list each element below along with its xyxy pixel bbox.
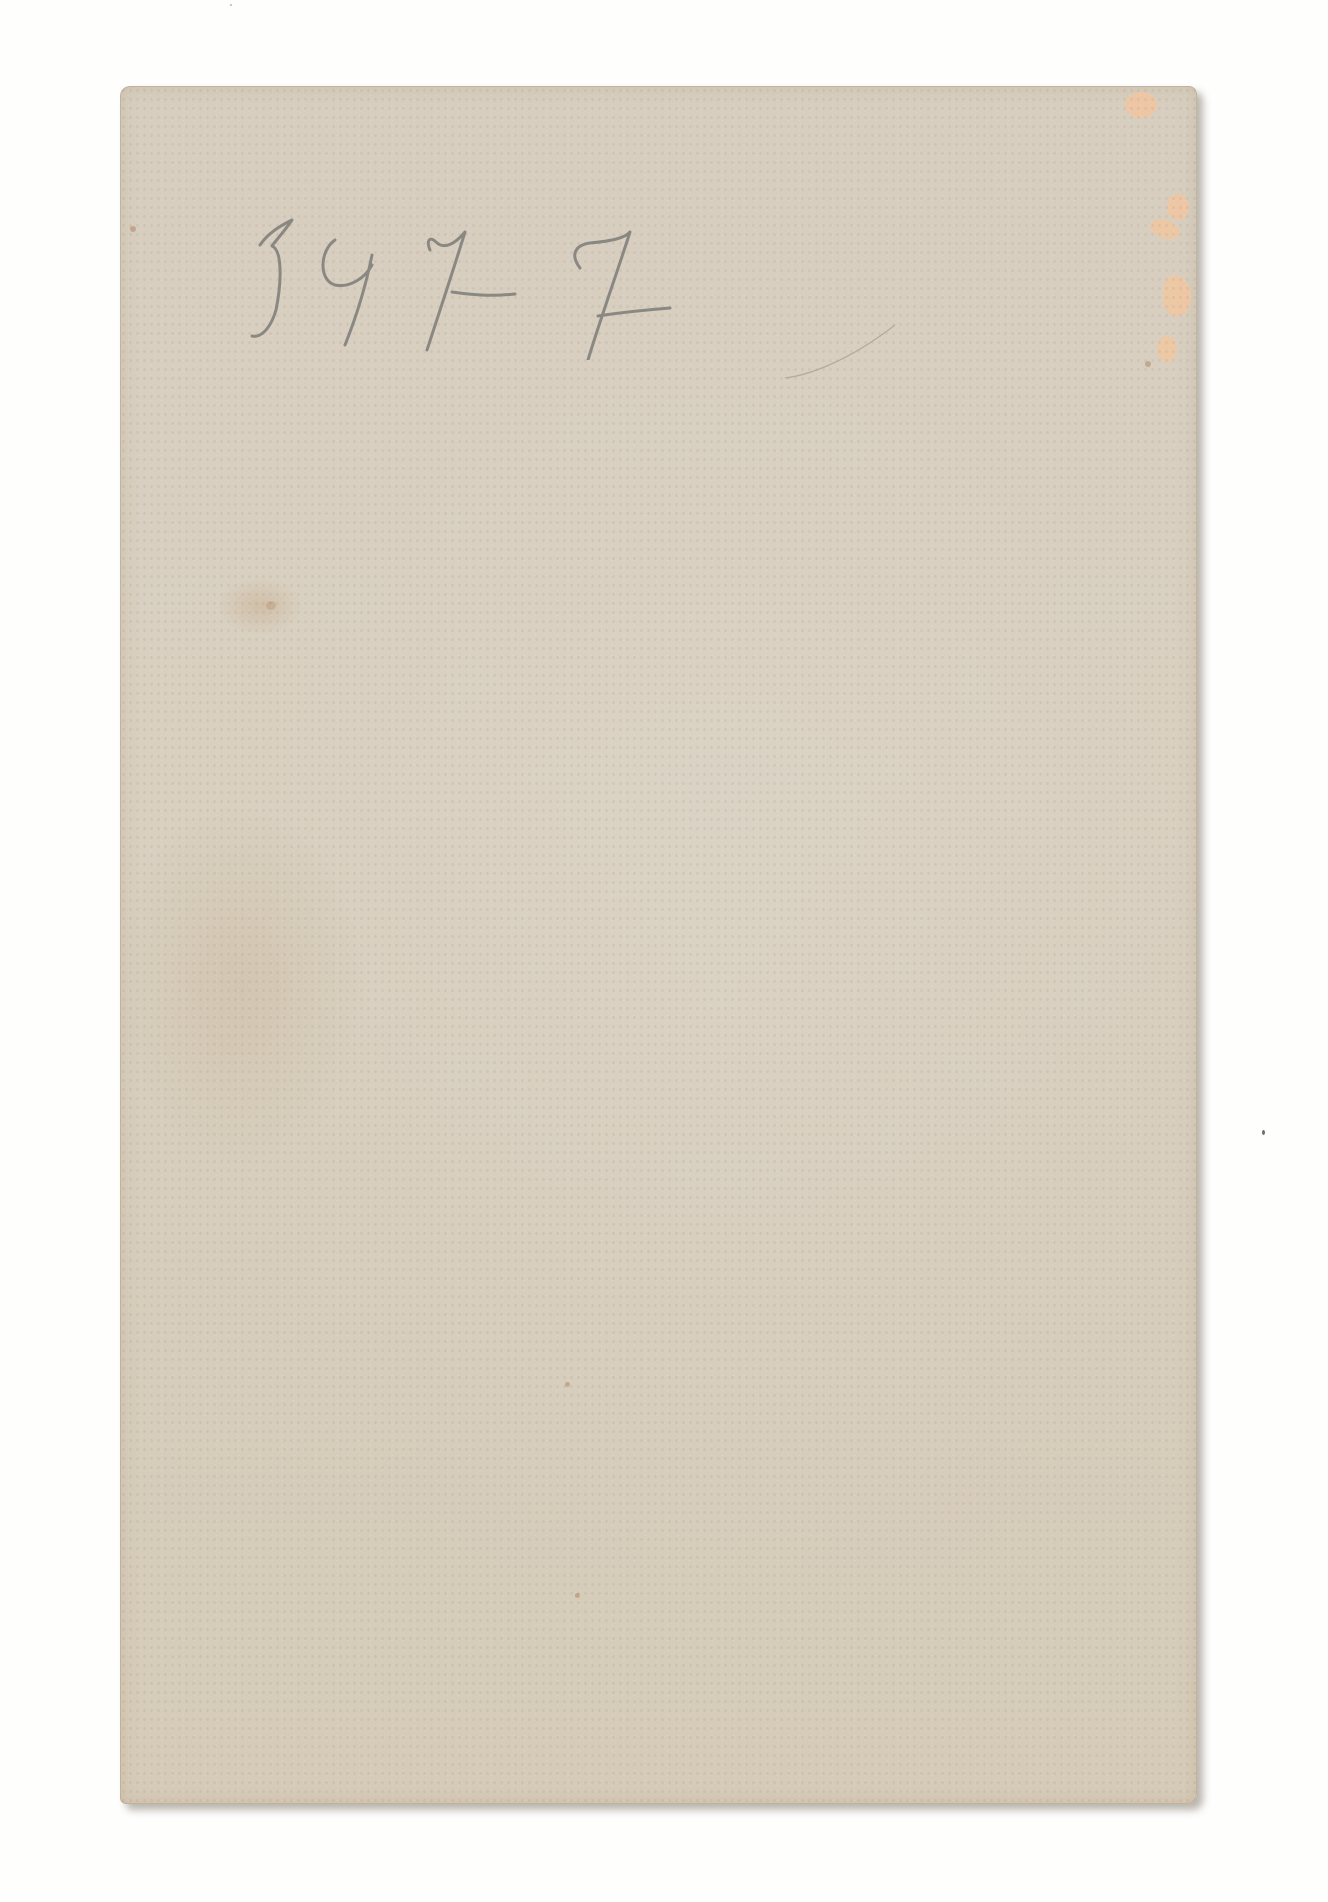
stain-spot (130, 226, 136, 232)
stain-spot (266, 601, 276, 610)
stain-spot (565, 1382, 570, 1387)
stray-pencil-mark (780, 320, 900, 380)
stain-spot (1145, 361, 1151, 367)
dust-speck (1262, 1130, 1265, 1135)
peel-spot (1125, 92, 1157, 118)
handwriting-strokes (240, 210, 690, 360)
handwritten-number: 3477 (240, 210, 690, 360)
peel-spot (1163, 276, 1191, 316)
stain-spot (575, 1593, 580, 1598)
dust-speck (230, 4, 232, 6)
peel-spot (1157, 336, 1177, 362)
scan-background: 3477 (0, 0, 1328, 1902)
peel-spot (1167, 194, 1189, 220)
